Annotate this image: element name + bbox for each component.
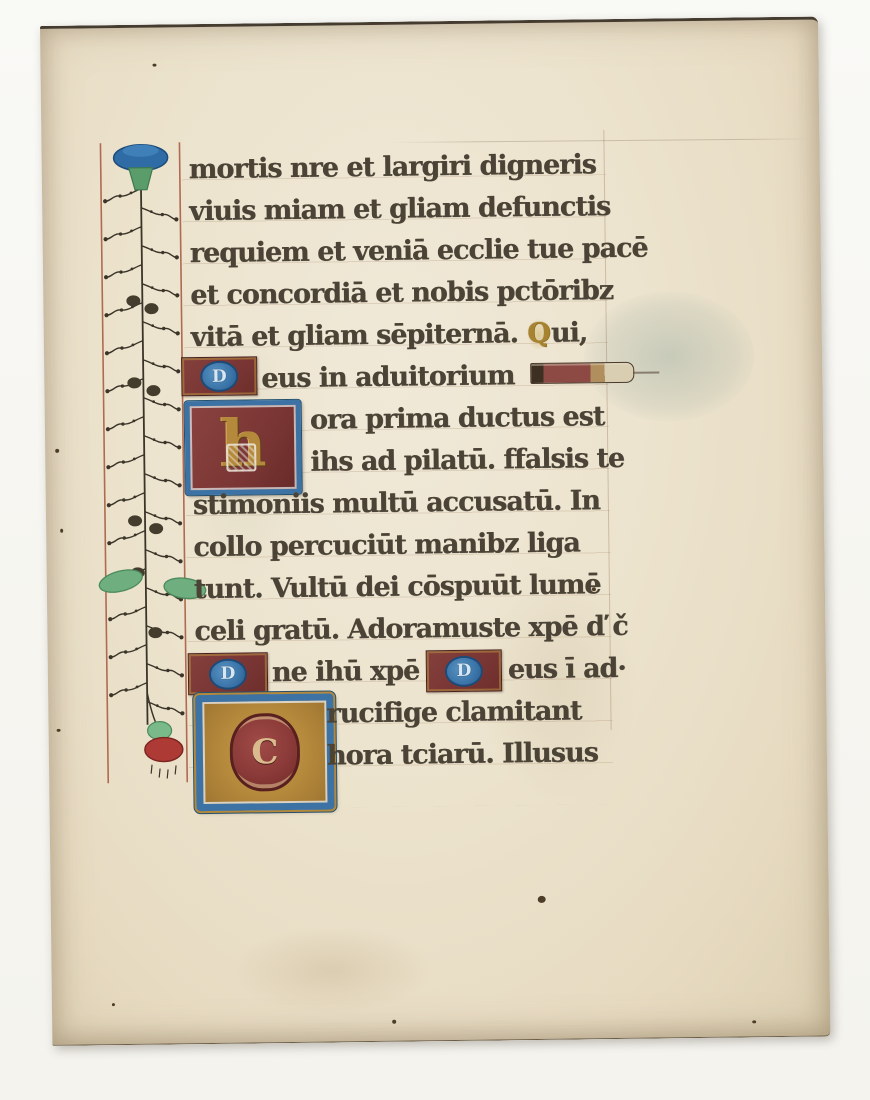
text-line: et concordiā et nobis pctōribz [190, 272, 613, 315]
initial-letter: D [200, 361, 238, 392]
text-line: tunt. Vultū dei cōspuūt lumē [194, 566, 601, 609]
initial-letter: D [209, 658, 247, 689]
decorated-initial-dne: D [188, 652, 269, 695]
text-line: mortis nre et largiri digneris [189, 146, 597, 189]
text-line: stimoniis multū accusatū. In [193, 482, 601, 525]
decorated-initial-deus2: D [426, 649, 503, 692]
text-segment: vitā et gliam sēpiternā. [191, 318, 527, 353]
text-line: eus in aduitorium [261, 357, 515, 398]
text-line: eus ī ad· [508, 650, 626, 689]
text-line: rucifige clamitant [326, 692, 581, 733]
text-line: collo percuciūt manibz liga [193, 524, 580, 567]
gilded-initial-q: Q [526, 318, 551, 349]
line-filler-bar [530, 362, 634, 384]
initial-letter: C [229, 713, 300, 792]
text-line: viuis miam et gliam defunctis [189, 188, 610, 231]
text-line: hora tciarū. Illusus [327, 734, 598, 775]
text-line: requiem et veniā ecclie tue pacē [190, 230, 648, 274]
manuscript-leaf: mortis nre et largiri digneris viuis mia… [40, 16, 830, 1045]
decorated-initial-deus: D [181, 356, 257, 396]
decorated-initial-crucifige: C [195, 693, 334, 811]
text-line: ihs ad pilatū. ffalsis te [310, 440, 624, 482]
text-line: ora prima ductus est [310, 398, 605, 440]
text-block: mortis nre et largiri digneris viuis mia… [40, 19, 830, 1044]
filigree-ornament [226, 443, 256, 471]
photo-background: mortis nre et largiri digneris viuis mia… [0, 0, 870, 1100]
decorated-initial-hora: h [185, 400, 302, 495]
text-line: ne ihū xpē [272, 652, 420, 692]
text-segment: ui, [551, 317, 588, 348]
text-line: celi gratū. Adoramuste xpē ď č [194, 608, 628, 651]
initial-letter: D [445, 655, 483, 686]
text-line: vitā et gliam sēpiternā. Qui, [191, 314, 588, 357]
